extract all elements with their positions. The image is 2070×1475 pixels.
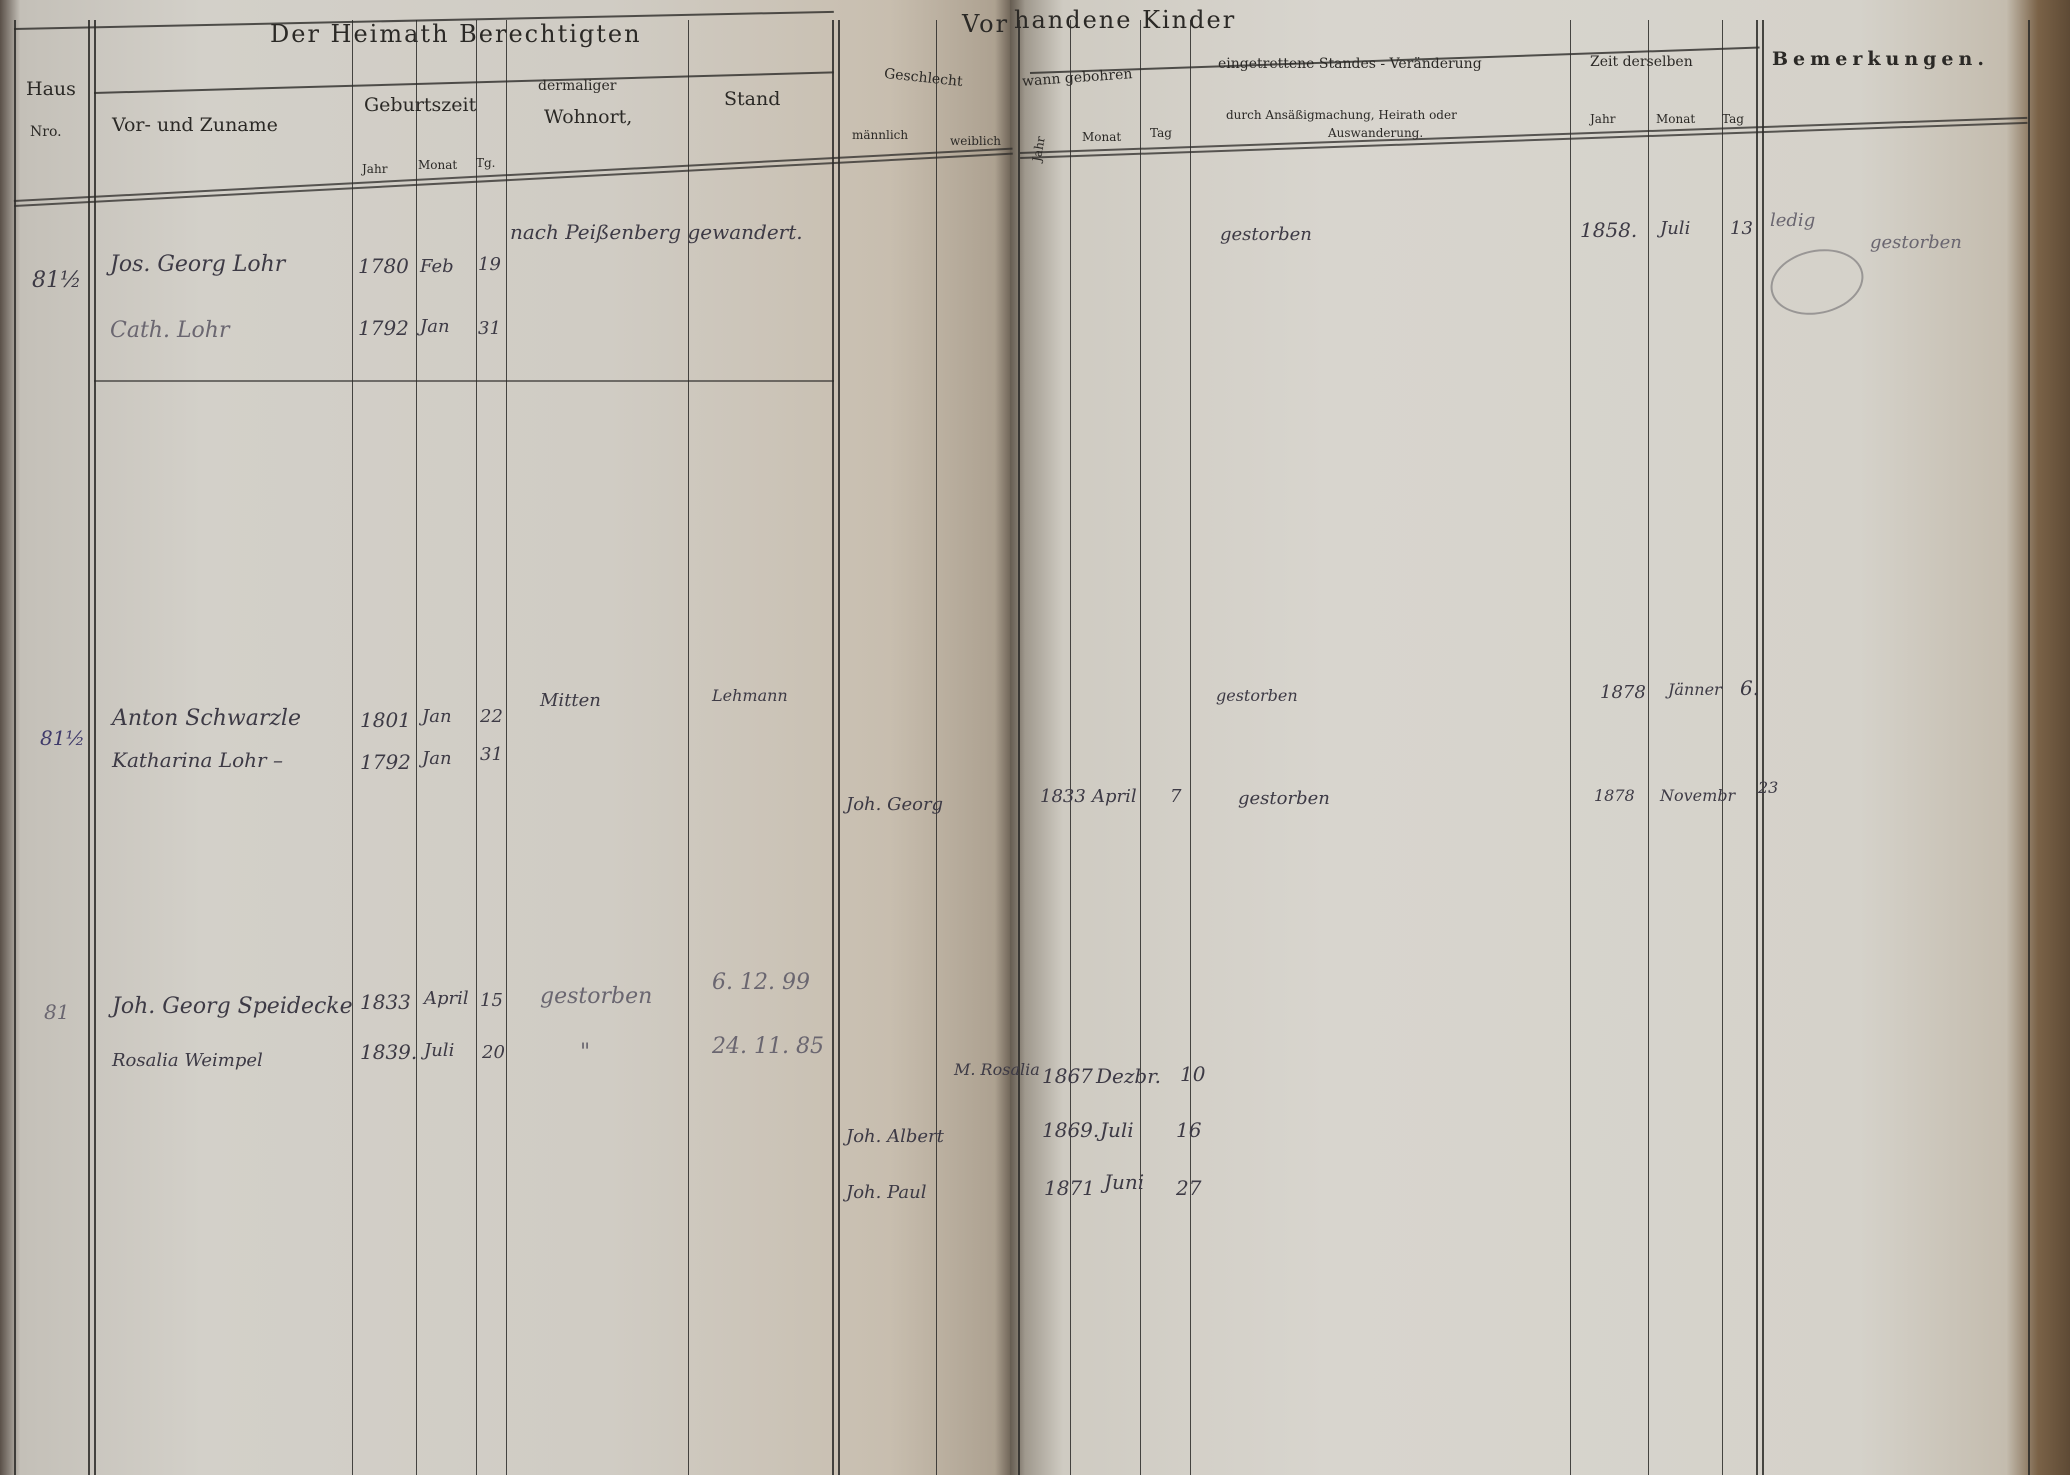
- entry-2-birth-monat-1: Jan: [422, 706, 452, 727]
- entry-3-name-1: Joh. Georg Speidecke: [112, 994, 353, 1019]
- header-maennlich: männlich: [852, 128, 908, 142]
- entry-2-zeit-tag: 6.: [1740, 676, 1759, 700]
- column-divider: [832, 20, 834, 1475]
- entry-2-child-1-name: Joh. Georg: [846, 794, 943, 815]
- entry-2-birth-jahr-2: 1792: [360, 750, 411, 774]
- entry-3-birth-monat-1: April: [424, 988, 469, 1009]
- header-veraenderung-sub-2: Auswanderung.: [1328, 126, 1423, 140]
- entry-3-birth-tag-2: 20: [482, 1042, 505, 1063]
- entry-1-name-1: Jos. Georg Lohr: [110, 252, 285, 277]
- entry-2-child-1-zeit-jahr: 1878: [1594, 786, 1635, 805]
- header-geburt-tag: Tg.: [476, 156, 496, 170]
- entry-3-child-1-tag: 10: [1180, 1062, 1205, 1086]
- header-zeit-jahr: Jahr: [1590, 112, 1615, 126]
- register-book-spread: Der Heimath Berechtigten Haus Nro. Vor- …: [0, 0, 2070, 1475]
- column-divider: [1018, 20, 1020, 1475]
- header-wohnort-1: dermaliger: [538, 78, 616, 94]
- entry-1-birth-monat-2: Jan: [420, 316, 450, 337]
- entry-3-birth-jahr-2: 1839.: [360, 1040, 417, 1064]
- entry-1-zeit-tag: 13: [1730, 218, 1753, 239]
- entry-3-birth-monat-2: Juli: [424, 1040, 454, 1061]
- entry-1-zeit-monat: Juli: [1660, 218, 1690, 239]
- entry-3-wohnort-1: gestorben: [540, 984, 652, 1009]
- entry-2-birth-tag-1: 22: [480, 706, 503, 727]
- entry-3-wohnort-2: ": [580, 1040, 590, 1065]
- entry-2-birth-tag-2: 31: [480, 744, 503, 765]
- header-geburtszeit: Geburtszeit: [364, 94, 476, 116]
- entry-1-veraenderung: gestorben: [1220, 224, 1312, 245]
- entry-1-haus-nr: 81½: [32, 268, 81, 293]
- column-divider: [1140, 20, 1141, 1475]
- entry-2-zeit-monat: Jänner: [1668, 680, 1722, 699]
- column-divider: [1722, 20, 1723, 1475]
- entry-1-birth-tag-1: 19: [478, 254, 501, 275]
- entry-2-veraenderung: gestorben: [1216, 686, 1298, 705]
- entry-3-stand-1: 6. 12. 99: [712, 970, 810, 995]
- right-page: [1010, 0, 2070, 1475]
- entry-3-child-3-name: Joh. Paul: [846, 1182, 926, 1203]
- entry-1-bemerkung-2: gestorben: [1870, 232, 1962, 253]
- header-kind-tag: Tag: [1150, 126, 1172, 140]
- entry-2-child-1-monat: April: [1092, 786, 1137, 807]
- header-standes-veraenderung: eingetrettene Standes - Veränderung: [1218, 56, 1482, 72]
- header-veraenderung-sub-1: durch Ansäßigmachung, Heirath oder: [1226, 108, 1457, 122]
- entry-2-birth-monat-2: Jan: [422, 748, 452, 769]
- entry-1-birth-jahr-2: 1792: [358, 316, 409, 340]
- entry-3-child-2-name: Joh. Albert: [846, 1126, 944, 1147]
- entry-2-haus-nr: 81½: [40, 726, 85, 750]
- column-divider: [506, 20, 507, 1475]
- entry-1-birth-jahr-1: 1780: [358, 254, 409, 278]
- column-divider: [1648, 20, 1649, 1475]
- entry-2-zeit-jahr: 1878: [1600, 682, 1646, 703]
- column-divider: [416, 20, 417, 1475]
- column-divider: [88, 20, 90, 1475]
- book-gutter: [995, 0, 1025, 1475]
- column-divider: [1070, 20, 1071, 1475]
- entry-2-child-1-zeit-tag: 23: [1758, 778, 1778, 797]
- column-divider: [1570, 20, 1571, 1475]
- entry-3-name-2: Rosalia Weimpel: [112, 1050, 263, 1071]
- entry-1-zeit-jahr: 1858.: [1580, 218, 1637, 242]
- entry-3-child-2-jahr: 1869.: [1042, 1118, 1099, 1142]
- entry-2-name-1: Anton Schwarzle: [112, 706, 301, 731]
- entry-3-stand-2: 24. 11. 85: [712, 1034, 824, 1059]
- entry-2-child-1-jahr: 1833: [1040, 786, 1086, 807]
- header-zeit-derselben: Zeit derselben: [1590, 54, 1693, 70]
- header-weiblich: weiblich: [950, 134, 1001, 148]
- right-title-prefix: Vor: [962, 10, 1009, 38]
- header-geburt-monat: Monat: [418, 158, 457, 172]
- header-zeit-monat: Monat: [1656, 112, 1695, 126]
- border-line: [2028, 20, 2030, 1475]
- entry-2-stand: Lehmann: [712, 686, 788, 705]
- entry-1-name-2: Cath. Lohr: [110, 318, 230, 343]
- entry-1-birth-tag-2: 31: [478, 318, 501, 339]
- entry-2-child-1-tag: 7: [1170, 786, 1181, 807]
- entry-2-name-2: Katharina Lohr –: [112, 748, 283, 772]
- column-divider: [352, 20, 353, 1475]
- entry-3-birth-tag-1: 15: [480, 990, 503, 1011]
- entry-3-child-2-monat: Juli: [1100, 1118, 1134, 1142]
- entry-3-child-1-monat: Dezbr.: [1096, 1064, 1161, 1088]
- header-wohnort-2: Wohnort,: [544, 106, 632, 128]
- entry-3-haus-nr: 81: [44, 1000, 69, 1024]
- right-page-title: handene Kinder: [1014, 6, 1236, 34]
- entry-2-child-1-zeit-monat: Novembr: [1660, 786, 1735, 805]
- left-page-title: Der Heimath Berechtigten: [270, 20, 642, 48]
- column-divider: [1756, 20, 1758, 1475]
- entry-2-birth-jahr-1: 1801: [360, 708, 411, 732]
- header-kind-monat: Monat: [1082, 130, 1121, 144]
- column-divider: [838, 20, 840, 1475]
- entry-2-wohnort: Mitten: [540, 690, 601, 711]
- left-page: [0, 0, 1010, 1475]
- header-geburt-jahr: Jahr: [362, 162, 387, 176]
- header-name: Vor- und Zuname: [112, 114, 278, 136]
- column-divider: [936, 20, 937, 1475]
- column-divider: [476, 20, 477, 1475]
- column-divider: [1190, 20, 1191, 1475]
- entry-separator: [94, 380, 834, 382]
- entry-3-child-3-jahr: 1871: [1044, 1176, 1095, 1200]
- header-nro: Nro.: [30, 124, 62, 140]
- header-bemerkungen: Bemerkungen.: [1772, 48, 1989, 70]
- entry-1-bemerkung-1: ledig: [1770, 210, 1815, 231]
- entry-1-birth-monat-1: Feb: [420, 256, 454, 277]
- header-haus: Haus: [26, 78, 76, 100]
- entry-3-child-1-jahr: 1867: [1042, 1064, 1093, 1088]
- entry-2-child-1-veraenderung: gestorben: [1238, 788, 1330, 809]
- border-line: [14, 20, 16, 1475]
- column-divider: [1762, 20, 1764, 1475]
- entry-3-child-1-name: M. Rosalia: [954, 1060, 1040, 1079]
- entry-3-child-2-tag: 16: [1176, 1118, 1201, 1142]
- entry-1-wohnort: nach Peißenberg gewandert.: [510, 220, 803, 244]
- entry-3-birth-jahr-1: 1833: [360, 990, 411, 1014]
- header-stand: Stand: [724, 88, 780, 110]
- entry-3-child-3-tag: 27: [1176, 1176, 1201, 1200]
- column-divider: [94, 20, 96, 1475]
- entry-3-child-3-monat: Juni: [1104, 1170, 1144, 1194]
- header-zeit-tag: Tag: [1722, 112, 1744, 126]
